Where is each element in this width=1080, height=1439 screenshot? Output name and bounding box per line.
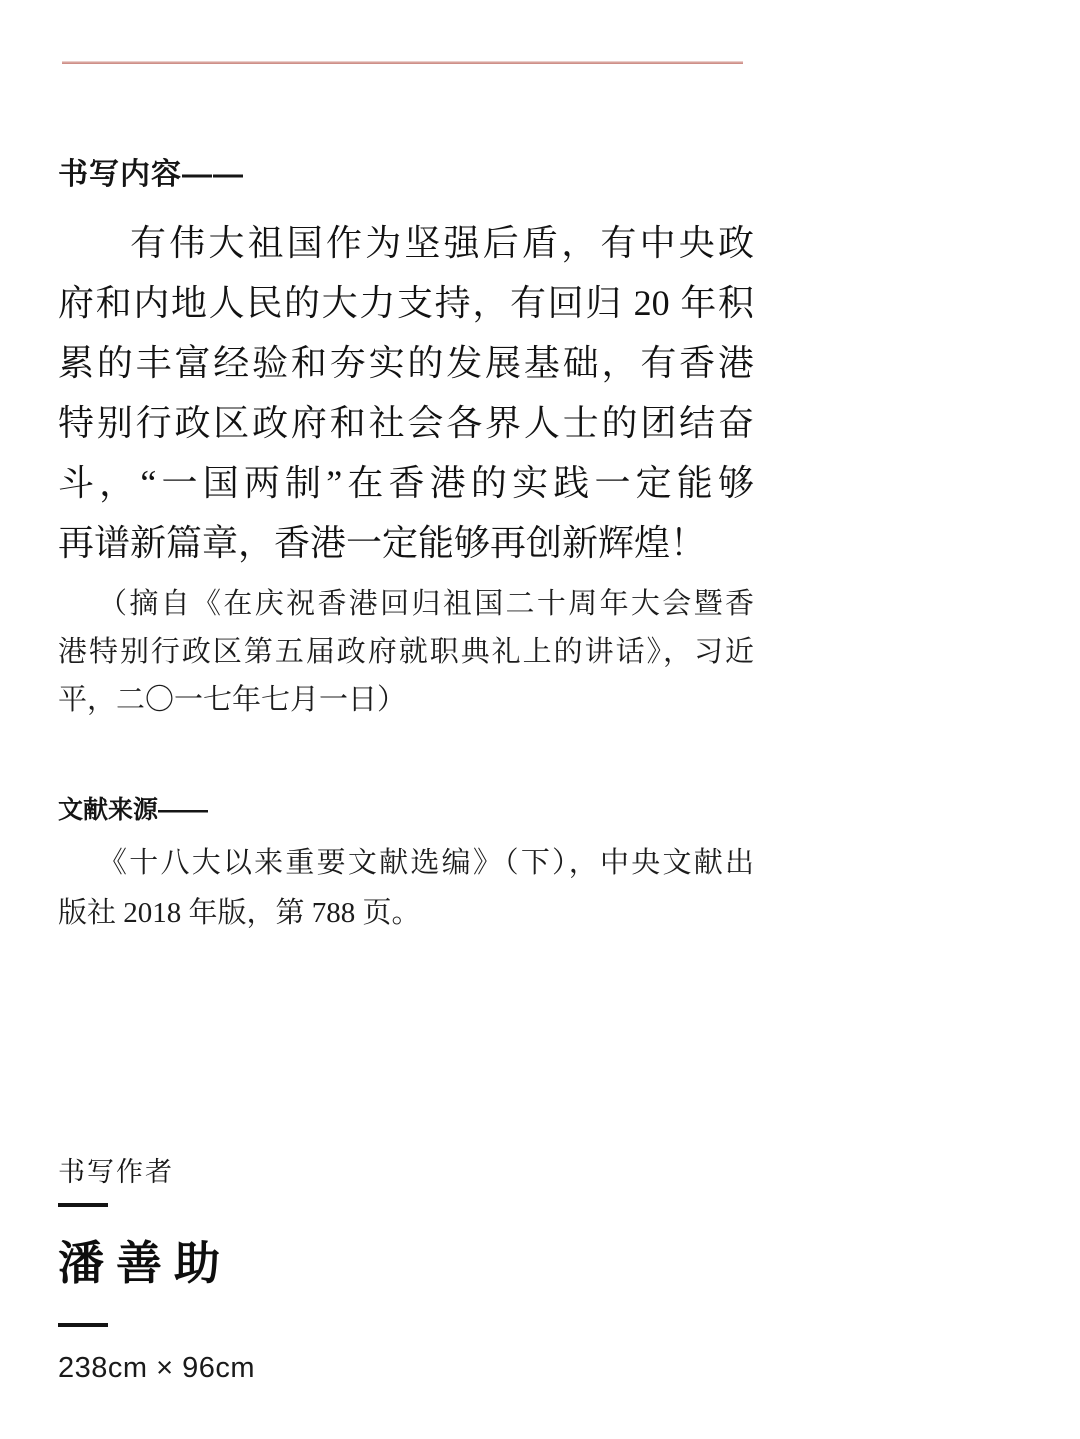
citation-paragraph: （摘自《在庆祝香港回归祖国二十周年大会暨香 港特别行政区第五届政府就职典礼上的讲…: [58, 580, 754, 724]
content-paragraph: 有伟大祖国作为坚强后盾，有中央政 府和内地人民的大力支持，有回归 20 年积 累…: [58, 213, 754, 573]
content-line: 斗，“一国两制”在香港的实践一定能够: [58, 453, 754, 513]
content-column: 书写内容—— 有伟大祖国作为坚强后盾，有中央政 府和内地人民的大力支持，有回归 …: [58, 159, 754, 1383]
content-line: 累的丰富经验和夯实的发展基础，有香港: [58, 333, 754, 393]
content-line: 有伟大祖国作为坚强后盾，有中央政: [58, 213, 754, 273]
source-line: 《十八大以来重要文献选编》（下），中央文献出: [58, 838, 754, 888]
author-name: 潘善助: [58, 1240, 754, 1288]
source-line: 版社 2018 年版，第 788 页。: [58, 888, 754, 938]
source-paragraph: 《十八大以来重要文献选编》（下），中央文献出 版社 2018 年版，第 788 …: [58, 838, 754, 938]
content-line: 府和内地人民的大力支持，有回归 20 年积: [58, 273, 754, 333]
section-heading-content: 书写内容——: [58, 159, 754, 191]
divider-small-top: [58, 1203, 108, 1207]
citation-line: （摘自《在庆祝香港回归祖国二十周年大会暨香: [58, 580, 754, 628]
document-page: 书写内容—— 有伟大祖国作为坚强后盾，有中央政 府和内地人民的大力支持，有回归 …: [0, 0, 1080, 1439]
top-accent-rule: [62, 61, 743, 64]
author-section-heading: 书写作者: [58, 1158, 754, 1186]
artwork-dimensions: 238cm × 96cm: [58, 1353, 754, 1383]
content-line: 再谱新篇章，香港一定能够再创新辉煌！: [58, 513, 754, 573]
content-line: 特别行政区政府和社会各界人士的团结奋: [58, 393, 754, 453]
citation-line: 平，二〇一七年七月一日）: [58, 676, 754, 724]
divider-small-bottom: [58, 1323, 108, 1327]
citation-line: 港特别行政区第五届政府就职典礼上的讲话》，习近: [58, 628, 754, 676]
section-heading-source: 文献来源——: [58, 797, 754, 824]
